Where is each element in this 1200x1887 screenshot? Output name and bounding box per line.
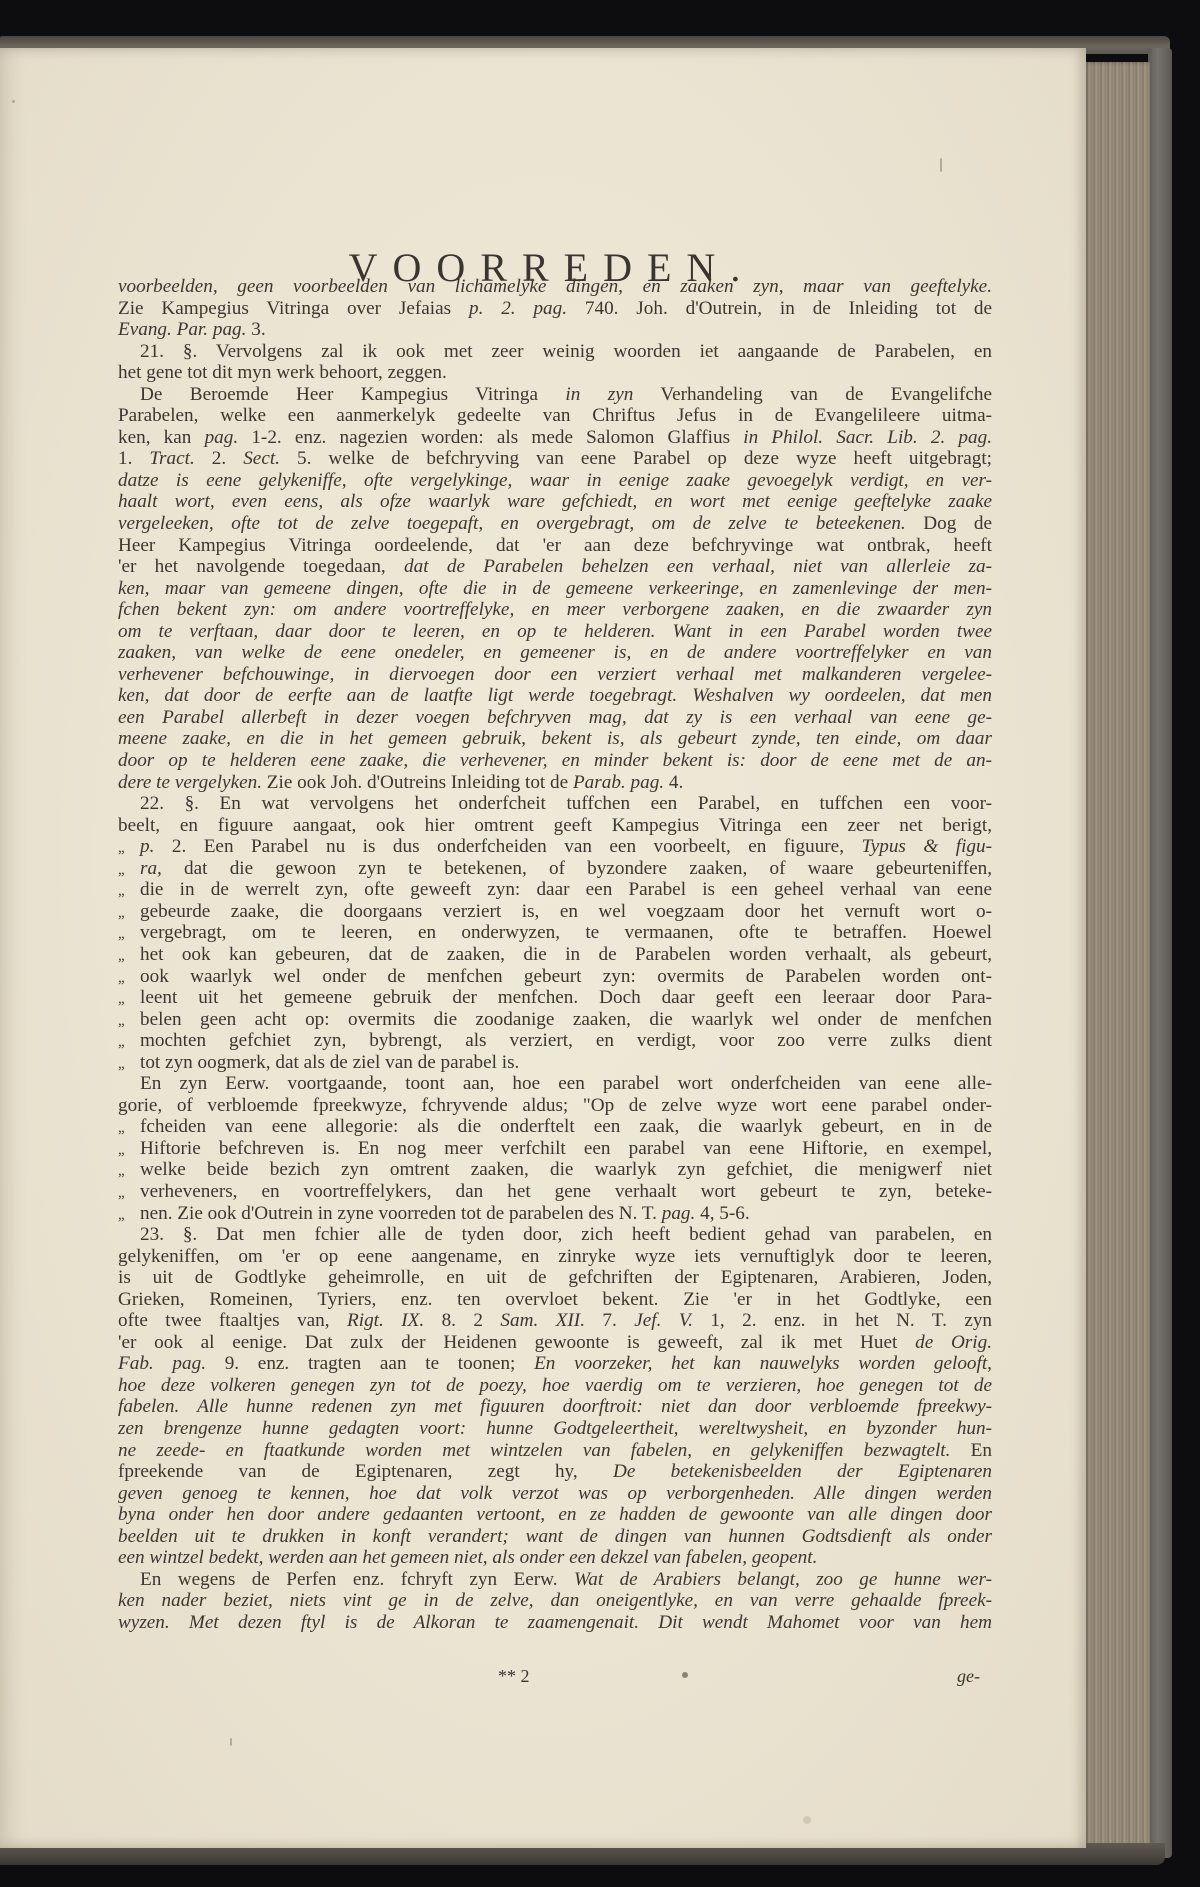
roman-text: Heer Kampegius Vitringa oordeelende, dat…: [118, 535, 992, 556]
quotation-mark: „: [118, 860, 140, 882]
italic-text: Parab. pag.: [573, 772, 664, 793]
roman-text: 8. 2: [424, 1310, 500, 1331]
text-line: vergeleeken, ofte tot de zelve toegepaft…: [118, 513, 992, 535]
book-cover-right-edge: [1148, 48, 1172, 1858]
text-line: beelden uit te drukken in konft verander…: [118, 1526, 992, 1548]
text-line: „verheveners, en voortreffelykers, dan h…: [118, 1181, 992, 1203]
text-line: Parabelen, welke een aanmerkelyk gedeelt…: [118, 405, 992, 427]
italic-text: Wat de Arabiers belangt, zoo ge hunne we…: [574, 1569, 992, 1590]
roman-text: beelt, en figuure aangaat, ook hier omtr…: [118, 815, 992, 836]
italic-text: zaaken, van welke de eene onedeler, en g…: [118, 642, 992, 663]
roman-text: belen geen acht op: overmits die zoodani…: [140, 1009, 992, 1030]
quotation-mark: „: [118, 1118, 140, 1140]
roman-text: Grieken, Romeinen, Tyriers, enz. ten ove…: [118, 1289, 992, 1310]
roman-text: En zyn Eerw. voortgaande, toont aan, hoe…: [140, 1073, 992, 1094]
quotation-mark: „: [118, 968, 140, 990]
text-line: ken, dat door de eerfte aan de laatfte l…: [118, 685, 992, 707]
roman-text: 'er het navolgende toegedaan,: [118, 556, 404, 577]
text-line: „belen geen acht op: overmits die zoodan…: [118, 1009, 992, 1031]
roman-text: 9. enz. tragten aan te toonen;: [206, 1353, 534, 1374]
paper-speck: [230, 1738, 232, 1746]
italic-text: meene zaake, en die in het gemeen gebrui…: [118, 728, 992, 749]
roman-text: Zie Kampegius Vitringa over Jefaias: [118, 298, 469, 319]
text-line: meene zaake, en die in het gemeen gebrui…: [118, 728, 992, 750]
roman-text: tot zyn oogmerk, dat als de ziel van de …: [140, 1052, 519, 1073]
roman-text: leent uit het gemeene gebruik der menfch…: [140, 987, 992, 1008]
quotation-mark: „: [118, 989, 140, 1011]
roman-text: En wegens de Perfen enz. fchryft zyn Eer…: [140, 1569, 574, 1590]
text-line: gorie, of verbloemde fpreekwyze, fchryve…: [118, 1095, 992, 1117]
italic-text: haalt wort, even eens, als ofze waarlyk …: [118, 491, 992, 512]
text-line: „p. 2. Een Parabel nu is dus onderfcheid…: [118, 836, 992, 858]
italic-text: ra,: [140, 858, 162, 879]
italic-text: datze is eene gelykeniffe, ofte vergelyk…: [118, 470, 992, 491]
text-line: fpreekende van de Egiptenaren, zegt hy, …: [118, 1461, 992, 1483]
text-line: „fcheiden van eene allegorie: als die on…: [118, 1116, 992, 1138]
text-line: „ra, dat die gewoon zyn te betekenen, of…: [118, 858, 992, 880]
roman-text: 1.: [118, 448, 149, 469]
roman-text: 1-2. enz. nagezien worden: als mede Salo…: [238, 427, 743, 448]
roman-text: gorie, of verbloemde fpreekwyze, fchryve…: [118, 1095, 992, 1116]
roman-text: En: [950, 1440, 992, 1461]
book-page: VOORREDEN. voorbeelden, geen voorbeelden…: [0, 48, 1086, 1848]
italic-text: En voorzeker, het kan nauwelyks worden g…: [534, 1353, 992, 1374]
italic-text: pag.: [662, 1203, 696, 1224]
text-line: door op te helderen eene zaake, die verh…: [118, 750, 992, 772]
italic-text: vergeleeken, ofte tot de zelve toegepaft…: [118, 513, 906, 534]
ink-dot: [682, 1672, 688, 1678]
italic-text: dat de Parabelen behelzen een verhaal, n…: [404, 556, 992, 577]
text-line: beelt, en figuure aangaat, ook hier omtr…: [118, 815, 992, 837]
text-line: „het ook kan gebeuren, dat de zaaken, di…: [118, 944, 992, 966]
italic-text: zen brengenze hunne gedagten voort: hunn…: [118, 1418, 992, 1439]
text-line: verhevener befchouwinge, in diervoegen d…: [118, 664, 992, 686]
text-line: dere te vergelyken. Zie ook Joh. d'Outre…: [118, 772, 992, 794]
text-line: Heer Kampegius Vitringa oordeelende, dat…: [118, 535, 992, 557]
roman-text: Zie ook Joh. d'Outreins Inleiding tot de: [262, 772, 573, 793]
italic-text: fabelen. Alle hunne redenen zyn met figu…: [118, 1396, 992, 1417]
roman-text: Parabelen, welke een aanmerkelyk gedeelt…: [118, 405, 992, 426]
roman-text: fcheiden van eene allegorie: als die ond…: [140, 1116, 992, 1137]
italic-text: een Parabel allerbeft in dezer voegen be…: [118, 707, 992, 728]
text-line: hoe deze volkeren genegen zyn tot de poe…: [118, 1375, 992, 1397]
text-line: En wegens de Perfen enz. fchryft zyn Eer…: [118, 1569, 992, 1591]
italic-text: fchen bekent zyn: om andere voortreffely…: [118, 599, 992, 620]
italic-text: Fab. pag.: [118, 1353, 206, 1374]
text-line: zen brengenze hunne gedagten voort: hunn…: [118, 1418, 992, 1440]
text-line: ken nader beziet, niets vint ge in de ze…: [118, 1590, 992, 1612]
roman-text: 7.: [585, 1310, 634, 1331]
quotation-mark: „: [118, 1011, 140, 1033]
roman-text: vergebragt, om te leeren, en onderwyzen,…: [140, 922, 992, 943]
italic-text: door op te helderen eene zaake, die verh…: [118, 750, 992, 771]
text-line: ken, kan pag. 1-2. enz. nagezien worden:…: [118, 427, 992, 449]
quotation-mark: „: [118, 1161, 140, 1183]
text-line: voorbeelden, geen voorbeelden van licham…: [118, 276, 992, 298]
quotation-mark: „: [118, 903, 140, 925]
roman-text: nen. Zie ook d'Outrein in zyne voorreden…: [140, 1203, 662, 1224]
text-line: „leent uit het gemeene gebruik der menfc…: [118, 987, 992, 1009]
text-line: ofte twee ftaaltjes van, Rigt. IX. 8. 2 …: [118, 1310, 992, 1332]
text-line: ken, maar van gemeene dingen, ofte die i…: [118, 578, 992, 600]
italic-text: Evang. Par. pag.: [118, 319, 246, 340]
text-line: Fab. pag. 9. enz. tragten aan te toonen;…: [118, 1353, 992, 1375]
roman-text: is uit de Godtlyke geheimrolle, en uit d…: [118, 1267, 992, 1288]
text-line: „vergebragt, om te leeren, en onderwyzen…: [118, 922, 992, 944]
quotation-mark: „: [118, 1205, 140, 1227]
text-line: is uit de Godtlyke geheimrolle, en uit d…: [118, 1267, 992, 1289]
italic-text: ken nader beziet, niets vint ge in de ze…: [118, 1590, 992, 1611]
roman-text: 'er ook al eenige. Dat zulx der Heidenen…: [118, 1332, 915, 1353]
roman-text: Dog de: [906, 513, 992, 534]
catchword: ge-: [957, 1666, 980, 1687]
quotation-mark: „: [118, 946, 140, 968]
roman-text: 22. §. En wat vervolgens het onderfcheit…: [140, 793, 992, 814]
body-text: voorbeelden, geen voorbeelden van licham…: [118, 276, 992, 1633]
italic-text: ne zeede- en ftaatkunde worden met wintz…: [118, 1440, 950, 1461]
italic-text: verhevener befchouwinge, in diervoegen d…: [118, 664, 992, 685]
roman-text: 1, 2. enz. in het N. T. zyn: [693, 1310, 992, 1331]
quotation-mark: „: [118, 924, 140, 946]
quotation-mark: „: [118, 1054, 140, 1076]
italic-text: wyzen. Met dezen ftyl is de Alkoran te z…: [118, 1612, 992, 1633]
roman-text: 3.: [246, 319, 265, 340]
text-line: Zie Kampegius Vitringa over Jefaias p. 2…: [118, 298, 992, 320]
text-line: 23. §. Dat men fchier alle de tyden door…: [118, 1224, 992, 1246]
text-line: „gebeurde zaake, die doorgaans verziert …: [118, 901, 992, 923]
italic-text: beelden uit te drukken in konft verander…: [118, 1526, 992, 1547]
italic-text: hoe deze volkeren genegen zyn tot de poe…: [118, 1375, 992, 1396]
text-line: ne zeede- en ftaatkunde worden met wintz…: [118, 1440, 992, 1462]
text-line: „die in de werrelt zyn, ofte geweeft zyn…: [118, 879, 992, 901]
roman-text: mochten gefchiet zyn, bybrengt, als verz…: [140, 1030, 992, 1051]
text-line: „welke beide bezich zyn omtrent zaaken, …: [118, 1159, 992, 1181]
italic-text: Sect.: [243, 448, 280, 469]
text-line: „tot zyn oogmerk, dat als de ziel van de…: [118, 1052, 992, 1074]
roman-text: welke beide bezich zyn omtrent zaaken, d…: [140, 1159, 992, 1180]
roman-text: Verhandeling van de Evangelifche: [633, 384, 992, 405]
italic-text: om te verftaan, daar door te leeren, en …: [118, 621, 992, 642]
page-block-fore-edge: [1084, 62, 1150, 1850]
quotation-mark: „: [118, 1140, 140, 1162]
signature-mark: ** 2: [498, 1666, 530, 1687]
page-footer: ** 2 ge-: [118, 1666, 992, 1688]
text-line: geven genoeg te kennen, hoe dat volk ver…: [118, 1483, 992, 1505]
roman-text: De Beroemde Heer Kampegius Vitringa: [140, 384, 565, 405]
text-line: het gene tot dit myn werk behoort, zegge…: [118, 362, 992, 384]
text-line: 'er het navolgende toegedaan, dat de Par…: [118, 556, 992, 578]
text-line: zaaken, van welke de eene onedeler, en g…: [118, 642, 992, 664]
roman-text: ook waarlyk wel onder de menfchen gebeur…: [140, 966, 992, 987]
italic-text: ken, dat door de eerfte aan de laatfte l…: [118, 685, 992, 706]
italic-text: in Philol. Sacr. Lib. 2. pag.: [743, 427, 992, 448]
text-line: datze is eene gelykeniffe, ofte vergelyk…: [118, 470, 992, 492]
italic-text: p.: [140, 836, 154, 857]
roman-text: dat die gewoon zyn te betekenen, of byzo…: [162, 858, 992, 879]
text-line: een wintzel bedekt, werden aan het gemee…: [118, 1547, 992, 1569]
italic-text: Jef. V.: [634, 1310, 693, 1331]
italic-text: een wintzel bedekt, werden aan het gemee…: [118, 1547, 817, 1568]
italic-text: Typus & figu-: [861, 836, 992, 857]
roman-text: 2. Een Parabel nu is dus onderfcheiden v…: [154, 836, 861, 857]
italic-text: p. 2. pag.: [469, 298, 567, 319]
text-line: „Hiftorie befchreven is. En nog meer ver…: [118, 1138, 992, 1160]
roman-text: het gene tot dit myn werk behoort, zegge…: [118, 362, 447, 383]
italic-text: pag.: [205, 427, 239, 448]
text-line: haalt wort, even eens, als ofze waarlyk …: [118, 491, 992, 513]
italic-text: Tract.: [149, 448, 194, 469]
text-line: De Beroemde Heer Kampegius Vitringa in z…: [118, 384, 992, 406]
roman-text: gebeurde zaake, die doorgaans verziert i…: [140, 901, 992, 922]
quotation-mark: „: [118, 881, 140, 903]
italic-text: ken, maar van gemeene dingen, ofte die i…: [118, 578, 992, 599]
roman-text: verheveners, en voortreffelykers, dan he…: [140, 1181, 992, 1202]
text-line: Grieken, Romeinen, Tyriers, enz. ten ove…: [118, 1289, 992, 1311]
quotation-mark: „: [118, 1032, 140, 1054]
roman-text: 5. welke de befchryving van eene Parabel…: [280, 448, 992, 469]
text-line: „nen. Zie ook d'Outrein in zyne voorrede…: [118, 1203, 992, 1225]
quotation-mark: „: [118, 838, 140, 860]
italic-text: De betekenisbeelden der Egiptenaren: [613, 1461, 992, 1482]
text-line: 'er ook al eenige. Dat zulx der Heidenen…: [118, 1332, 992, 1354]
text-line: „ook waarlyk wel onder de menfchen gebeu…: [118, 966, 992, 988]
italic-text: in zyn: [565, 384, 633, 405]
text-line: fabelen. Alle hunne redenen zyn met figu…: [118, 1396, 992, 1418]
roman-text: Hiftorie befchreven is. En nog meer verf…: [140, 1138, 992, 1159]
roman-text: die in de werrelt zyn, ofte geweeft zyn:…: [140, 879, 992, 900]
roman-text: 23. §. Dat men fchier alle de tyden door…: [140, 1224, 992, 1245]
text-line: Evang. Par. pag. 3.: [118, 319, 992, 341]
text-line: fchen bekent zyn: om andere voortreffely…: [118, 599, 992, 621]
roman-text: 4.: [664, 772, 683, 793]
text-line: 22. §. En wat vervolgens het onderfcheit…: [118, 793, 992, 815]
roman-text: fpreekende van de Egiptenaren, zegt hy,: [118, 1461, 613, 1482]
paper-speck: [12, 100, 15, 103]
roman-text: 4, 5-6.: [695, 1203, 749, 1224]
text-line: „mochten gefchiet zyn, bybrengt, als ver…: [118, 1030, 992, 1052]
italic-text: de Orig.: [915, 1332, 992, 1353]
roman-text: ken, kan: [118, 427, 205, 448]
roman-text: ofte twee ftaaltjes van,: [118, 1310, 347, 1331]
italic-text: dere te vergelyken.: [118, 772, 262, 793]
roman-text: 21. §. Vervolgens zal ik ook met zeer we…: [140, 341, 992, 362]
roman-text: 740. Joh. d'Outrein, in de Inleiding tot…: [567, 298, 992, 319]
text-line: wyzen. Met dezen ftyl is de Alkoran te z…: [118, 1612, 992, 1634]
text-line: En zyn Eerw. voortgaande, toont aan, hoe…: [118, 1073, 992, 1095]
roman-text: gelykeniffen, om 'er op eene aangename, …: [118, 1246, 992, 1267]
text-line: 1. Tract. 2. Sect. 5. welke de befchryvi…: [118, 448, 992, 470]
text-line: 21. §. Vervolgens zal ik ook met zeer we…: [118, 341, 992, 363]
quotation-mark: „: [118, 1183, 140, 1205]
text-line: een Parabel allerbeft in dezer voegen be…: [118, 707, 992, 729]
paper-stain: [803, 1816, 811, 1824]
italic-text: byna onder hen door andere gedaanten ver…: [118, 1504, 992, 1525]
italic-text: geven genoeg te kennen, hoe dat volk ver…: [118, 1483, 992, 1504]
italic-text: voorbeelden, geen voorbeelden van licham…: [118, 276, 992, 297]
italic-text: Rigt. IX.: [347, 1310, 424, 1331]
roman-text: het ook kan gebeuren, dat de zaaken, die…: [140, 944, 992, 965]
paper-speck: [940, 158, 942, 172]
italic-text: Sam. XII.: [500, 1310, 585, 1331]
roman-text: 2.: [195, 448, 243, 469]
text-line: om te verftaan, daar door te leeren, en …: [118, 621, 992, 643]
text-line: byna onder hen door andere gedaanten ver…: [118, 1504, 992, 1526]
text-line: gelykeniffen, om 'er op eene aangename, …: [118, 1246, 992, 1268]
